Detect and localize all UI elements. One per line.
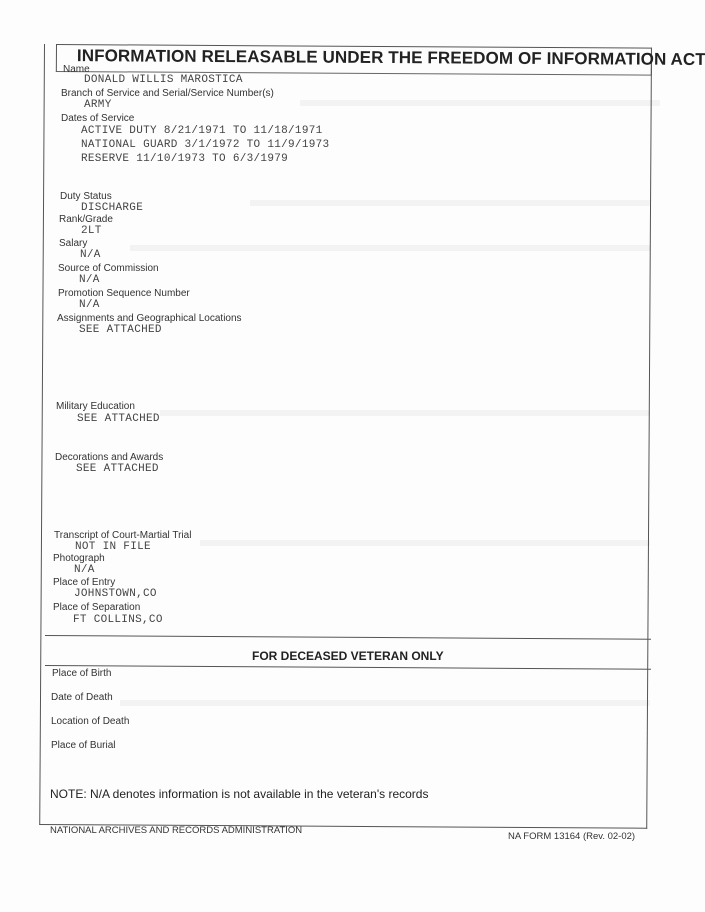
military-education-value: SEE ATTACHED	[77, 413, 160, 425]
decorations-value: SEE ATTACHED	[76, 463, 159, 475]
branch-value: ARMY	[84, 99, 112, 111]
assignments-value: SEE ATTACHED	[79, 324, 162, 336]
footer-agency: NATIONAL ARCHIVES AND RECORDS ADMINISTRA…	[50, 825, 302, 836]
military-education-label: Military Education	[56, 401, 135, 412]
place-entry-label: Place of Entry	[53, 577, 115, 588]
location-of-death-label: Location of Death	[51, 716, 129, 727]
name-value: DONALD WILLIS MAROSTICA	[84, 74, 243, 86]
place-of-birth-label: Place of Birth	[52, 668, 111, 679]
promotion-seq-label: Promotion Sequence Number	[58, 288, 190, 299]
place-separation-value: FT COLLINS,CO	[73, 614, 163, 626]
duty-status-label: Duty Status	[60, 191, 112, 202]
source-commission-label: Source of Commission	[58, 263, 159, 274]
date-of-death-label: Date of Death	[51, 692, 113, 703]
photograph-label: Photograph	[53, 553, 105, 564]
dates-label: Dates of Service	[61, 113, 134, 124]
footer-form-id: NA FORM 13164 (Rev. 02-02)	[508, 831, 635, 842]
salary-label: Salary	[59, 238, 87, 249]
place-of-burial-label: Place of Burial	[51, 740, 115, 751]
rank-value: 2LT	[81, 225, 102, 237]
dates-value-guard: NATIONAL GUARD 3/1/1972 TO 11/9/1973	[81, 139, 329, 151]
form-title: INFORMATION RELEASABLE UNDER THE FREEDOM…	[77, 46, 705, 70]
court-martial-label: Transcript of Court-Martial Trial	[54, 530, 191, 541]
deceased-section-title: FOR DECEASED VETERAN ONLY	[252, 649, 444, 663]
branch-label: Branch of Service and Serial/Service Num…	[61, 88, 274, 99]
decorations-label: Decorations and Awards	[55, 452, 163, 463]
dates-value-active: ACTIVE DUTY 8/21/1971 TO 11/18/1971	[81, 125, 323, 137]
document-page: INFORMATION RELEASABLE UNDER THE FREEDOM…	[0, 0, 705, 912]
assignments-label: Assignments and Geographical Locations	[57, 313, 242, 324]
court-martial-value: NOT IN FILE	[75, 541, 151, 553]
photograph-value: N/A	[74, 564, 95, 576]
promotion-seq-value: N/A	[79, 299, 100, 311]
place-entry-value: JOHNSTOWN,CO	[74, 588, 157, 600]
dates-value-reserve: RESERVE 11/10/1973 TO 6/3/1979	[81, 153, 288, 165]
rank-label: Rank/Grade	[59, 214, 113, 225]
source-commission-value: N/A	[79, 274, 100, 286]
salary-value: N/A	[80, 249, 101, 261]
note-text: NOTE: N/A denotes information is not ava…	[50, 787, 428, 801]
duty-status-value: DISCHARGE	[81, 202, 143, 214]
form-header: INFORMATION RELEASABLE UNDER THE FREEDOM…	[56, 44, 652, 76]
place-separation-label: Place of Separation	[53, 602, 140, 613]
